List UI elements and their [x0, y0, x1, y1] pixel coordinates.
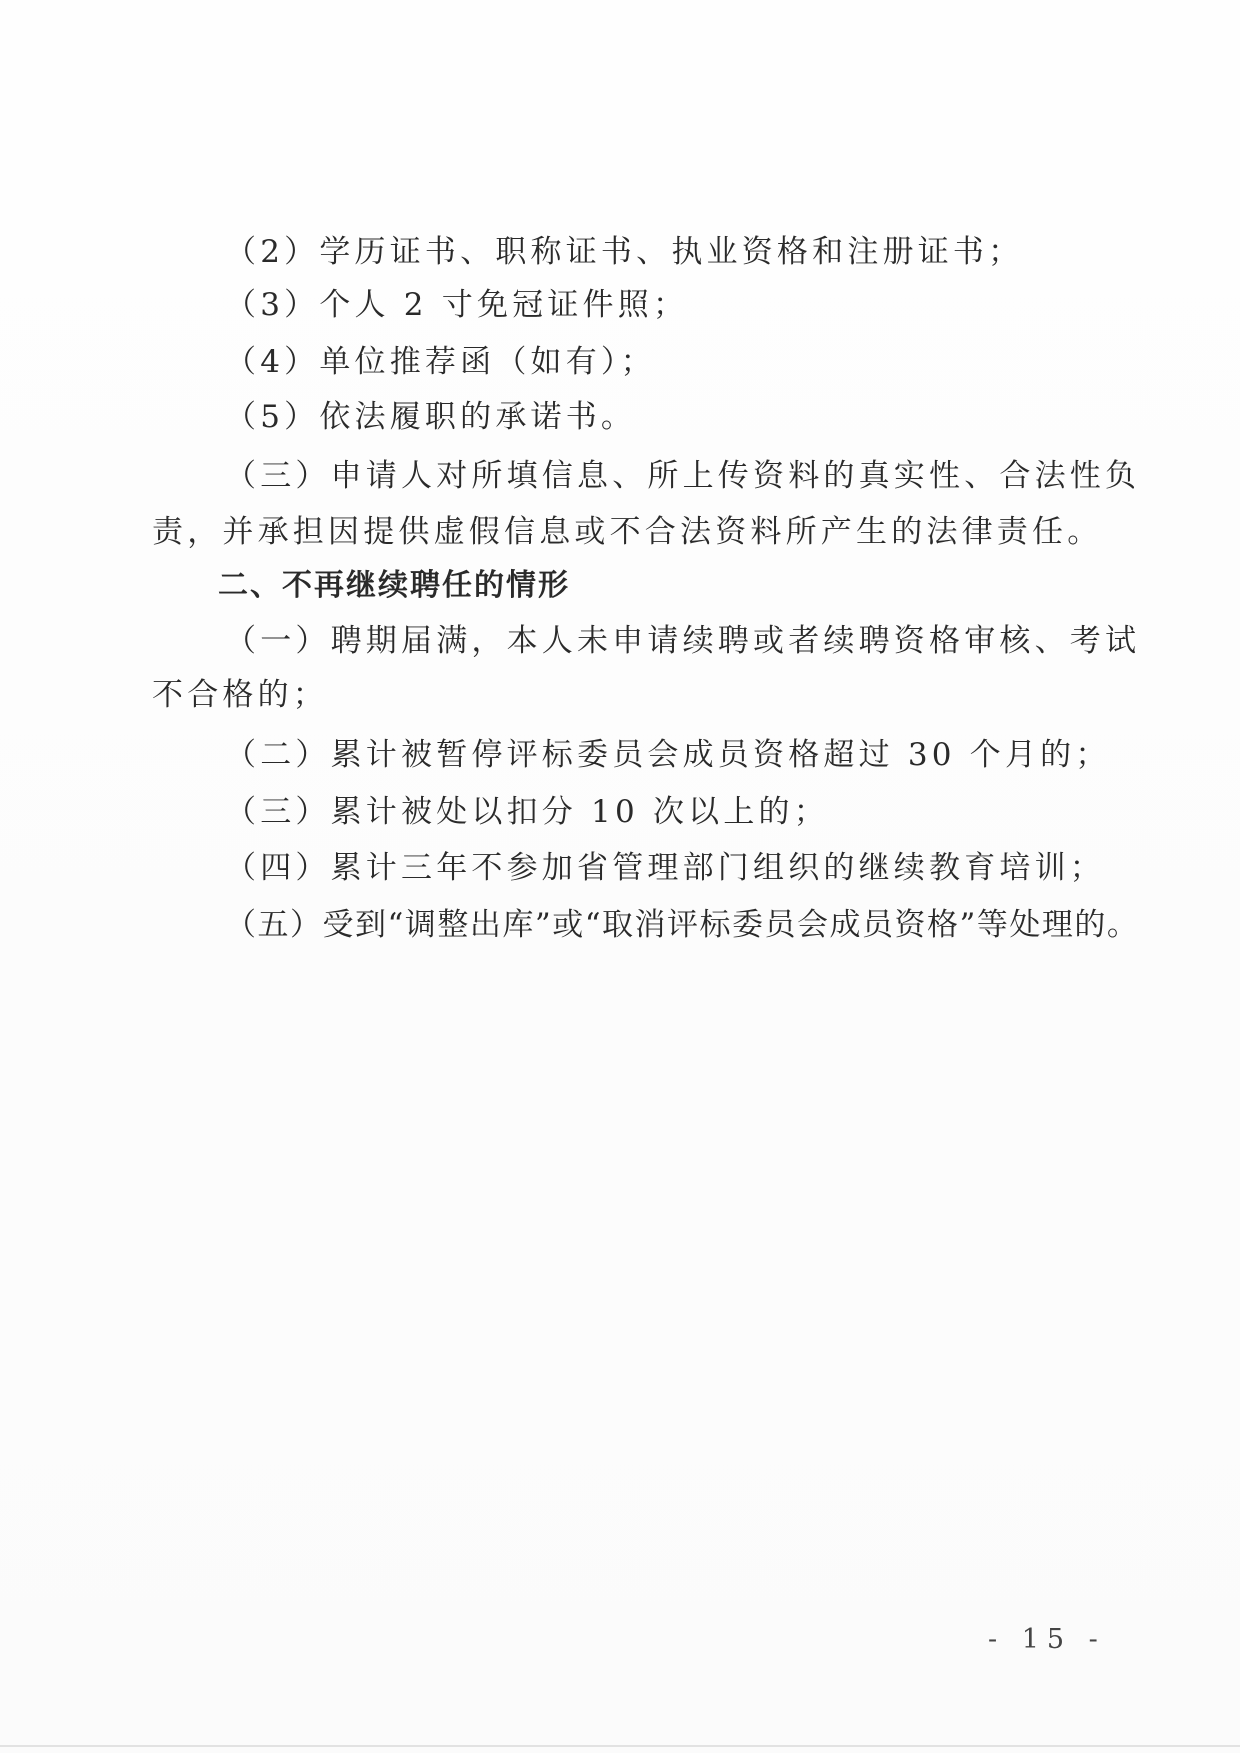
- paragraph-3-line-1: （三）申请人对所填信息、所上传资料的真实性、合法性负: [225, 456, 1140, 496]
- page-number: - 15 -: [988, 1624, 1106, 1655]
- condition-1-line-1: （一）聘期届满，本人未申请续聘或者续聘资格审核、考试: [225, 621, 1140, 661]
- document-page: （2）学历证书、职称证书、执业资格和注册证书； （3）个人 2 寸免冠证件照； …: [0, 0, 1240, 1753]
- condition-1-line-2: 不合格的；: [152, 675, 328, 715]
- list-item-5: （5）依法履职的承诺书。: [225, 397, 636, 437]
- list-item-2: （2）学历证书、职称证书、执业资格和注册证书；: [225, 232, 1023, 272]
- paragraph-3-line-2: 责，并承担因提供虚假信息或不合法资料所产生的法律责任。: [152, 512, 1102, 552]
- list-item-4: （4）单位推荐函（如有）；: [225, 342, 656, 382]
- condition-2: （二）累计被暂停评标委员会成员资格超过 30 个月的；: [225, 735, 1111, 775]
- page-edge-divider: [0, 1745, 1240, 1747]
- condition-5: （五）受到“调整出库”或“取消评标委员会成员资格”等处理的。: [225, 905, 1139, 945]
- condition-4: （四）累计三年不参加省管理部门组织的继续教育培训；: [225, 848, 1105, 888]
- condition-3: （三）累计被处以扣分 10 次以上的；: [225, 792, 829, 832]
- list-item-3: （3）个人 2 寸免冠证件照；: [225, 285, 688, 325]
- section-heading: 二、不再继续聘任的情形: [218, 566, 570, 606]
